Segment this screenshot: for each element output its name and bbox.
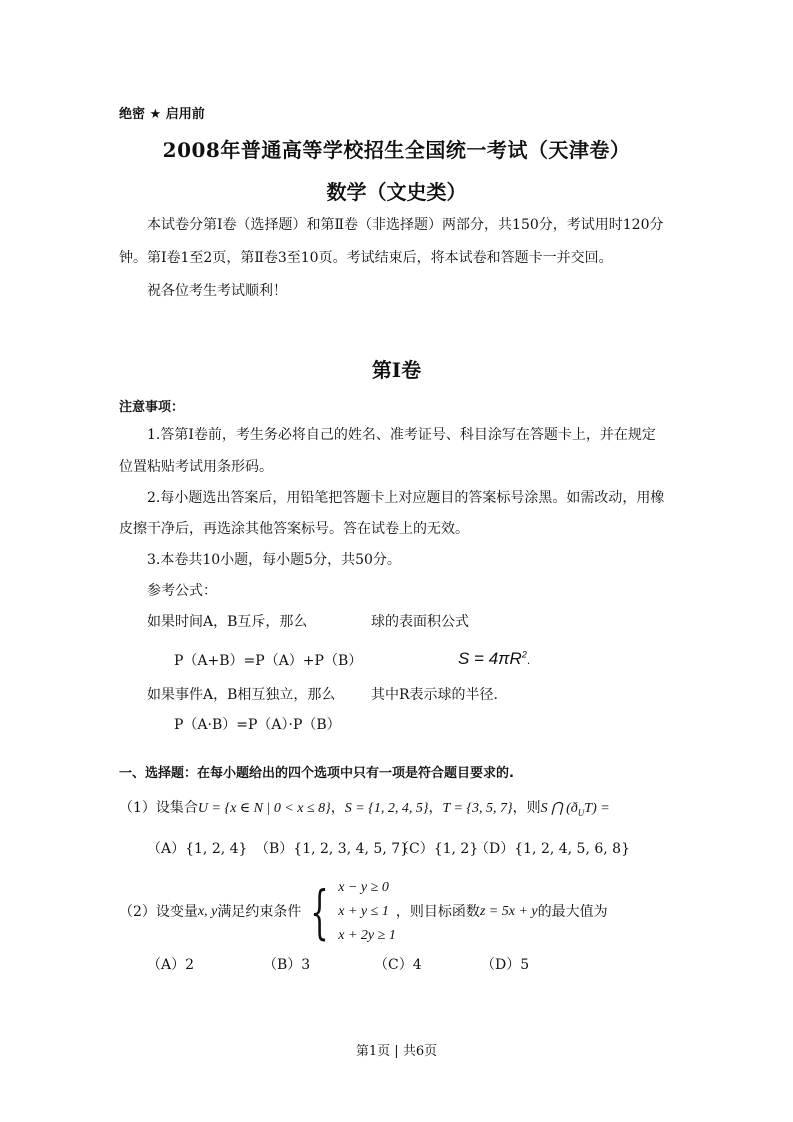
page-number: 第1页 | 共6页 bbox=[0, 1040, 793, 1059]
sphere-note: 其中R表示球的半径. bbox=[371, 685, 498, 705]
q2-option-b: （B）3 bbox=[263, 955, 310, 975]
q2-option-d: （D）5 bbox=[481, 955, 529, 975]
intro-line-3: 祝各位考生考试顺利！ bbox=[147, 281, 287, 301]
reference-label: 参考公式： bbox=[147, 581, 217, 601]
note-2-line-1: 2.每小题选出答案后，用铅笔把答题卡上对应题目的答案标号涂黑。如需改动，用橡 bbox=[147, 488, 664, 508]
intro-line-1: 本试卷分第Ⅰ卷（选择题）和第Ⅱ卷（非选择题）两部分，共150分，考试用时120分 bbox=[147, 215, 664, 235]
confidential-label: 绝密 ★ 启用前 bbox=[119, 103, 205, 122]
brace-symbol: { bbox=[311, 883, 329, 941]
sphere-formula: S = 4πR2. bbox=[458, 649, 530, 669]
q1-option-c: （C）{1, 2} bbox=[395, 839, 478, 859]
note-1-line-1: 1.答第Ⅰ卷前，考生务必将自己的姓名、准考证号、科目涂写在答题卡上，并在规定 bbox=[147, 425, 656, 445]
constraint-system: x − y ≥ 0 x + y ≤ 1 x + 2y ≥ 1 bbox=[338, 876, 396, 948]
q1-option-a: （A）{1, 2, 4} bbox=[147, 839, 247, 859]
question-1: （1）设集合U = {x ∈ N | 0 < x ≤ 8}，S = {1, 2,… bbox=[119, 798, 610, 823]
exam-title: 2008年普通高等学校招生全国统一考试（天津卷） bbox=[0, 134, 793, 163]
indep-formula: P（A·B）=P（A）·P（B） bbox=[174, 715, 341, 735]
mutex-label: 如果时间A，B互斥，那么 bbox=[147, 612, 307, 632]
section-title: 第Ⅰ卷 bbox=[0, 354, 793, 383]
intro-line-2: 钟。第Ⅰ卷1至2页，第Ⅱ卷3至10页。考试结束后，将本试卷和答题卡一并交回。 bbox=[119, 248, 613, 268]
exam-subtitle: 数学（文史类） bbox=[0, 176, 793, 205]
note-1-line-2: 位置粘贴考试用条形码。 bbox=[119, 457, 273, 477]
note-2-line-2: 皮擦干净后，再选涂其他答案标号。答在试卷上的无效。 bbox=[119, 519, 469, 539]
q1-option-b: （B）{1, 2, 3, 4, 5, 7} bbox=[255, 839, 409, 859]
notes-label: 注意事项： bbox=[119, 396, 184, 415]
q2-option-a: （A）2 bbox=[147, 955, 194, 975]
q1-option-d: （D）{1, 2, 4, 5, 6, 8} bbox=[475, 839, 630, 859]
indep-label: 如果事件A，B相互独立，那么 bbox=[147, 685, 335, 705]
sphere-label: 球的表面积公式 bbox=[371, 612, 469, 632]
mutex-formula: P（A+B）=P（A）+P（B） bbox=[174, 651, 362, 671]
q2-option-c: （C）4 bbox=[374, 955, 422, 975]
question-2: （2）设变量x, y满足约束条件{ x − y ≥ 0 x + y ≤ 1 x … bbox=[119, 876, 608, 948]
part1-heading: 一、选择题：在每小题给出的四个选项中只有一项是符合题目要求的. bbox=[119, 762, 514, 781]
note-3: 3.本卷共10小题，每小题5分，共50分。 bbox=[147, 550, 401, 570]
